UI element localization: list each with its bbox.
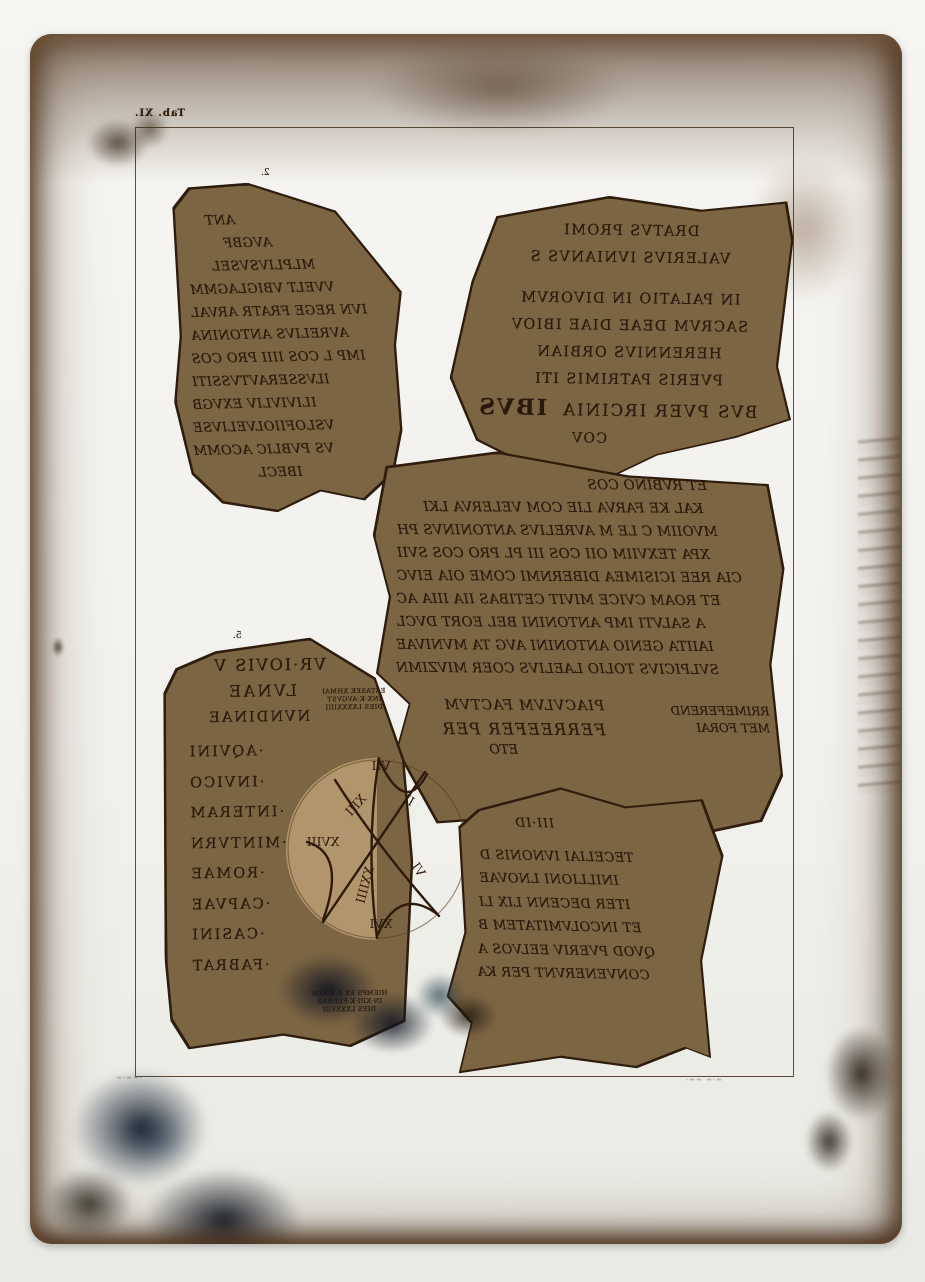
inscription-line: ANT <box>204 209 235 233</box>
season-note-winter: HIEMPS EX·X·K·NOVIN·XIII·K·FEBRARDIES LX… <box>299 988 399 1013</box>
inscription-large-word: IBVS <box>477 394 547 422</box>
inscription-fragment-central: ET RVBINO COSKAL KE FARVA LIE COM VELERV… <box>371 451 786 838</box>
ink-blot-blue <box>38 1064 358 1244</box>
inscription-line: KAL KE FARVA LIE COM VELERVA LKI <box>423 496 703 521</box>
town-name: ·INVICO <box>188 767 265 799</box>
inscription-line: XPA TEXVIIM OII COS III PL PRO COS SVII <box>397 542 710 567</box>
fragment-text: ET RVBINO COSKAL KE FARVA LIE COM VELERV… <box>371 451 786 838</box>
inscription-line: CONVENERVNT PER KA <box>477 961 650 988</box>
ink-blot <box>790 1014 902 1184</box>
inscription-line: ILVSSERAVTVSSITI <box>191 368 329 394</box>
inscription-line: HERENNIVS ORBIAN <box>536 339 722 369</box>
season-note-line: DIES LXXXVIII <box>322 1005 376 1014</box>
town-name: ·MINTVRN <box>189 828 287 860</box>
inscription-line: ET RVBINO COS <box>587 474 707 498</box>
inscription-line: SVLPICIVS TOLIO LAELIVS COER MIVZIMN <box>396 657 719 682</box>
town-name: ·AQVINI <box>188 736 264 768</box>
engraver-signature-right: ·~~ ~·~ <box>686 1076 723 1084</box>
inscription-line: MVOIIM C LE M AVRELIVS ANTONINVS PH <box>397 519 718 544</box>
inscription-line: IN PALATIO IN DIVORVM <box>519 285 740 315</box>
inscription-line: ILIVIVLIV EXVGB <box>192 391 317 417</box>
inscription-line: MET FORAI <box>696 720 770 738</box>
inscription-fragment-bottom-right: III·ID TECELIAI IVNONIS DINILLIONI LNOVA… <box>445 779 725 1079</box>
inscription-header: LVNAE <box>227 678 297 705</box>
season-note-line: DIES LXXXXIIII <box>325 703 383 712</box>
town-name: ·CAPVAE <box>190 889 271 921</box>
ink-stain <box>50 634 66 660</box>
inscription-line: INILLIONI LNOVAE <box>479 867 619 893</box>
inscription-line: VS PVBLIC ACOMM <box>193 437 334 463</box>
inscription-line: MLPLIVSVSEL <box>211 253 315 278</box>
inscription-fragment-nundinae-list: VR·IOVIS V LVNAE NVNDINAE ·AQVINI·INVICO… <box>160 636 416 1049</box>
fragment-text-center-block: PIACVLVM FACTVM FERREEFER PER ETO <box>441 697 606 758</box>
fragment-text-right-block: RRIMEFEREND MET FORAI <box>670 703 769 738</box>
scratch-marks <box>858 434 900 794</box>
inscription-line: AVGBF <box>223 231 273 255</box>
inscription-partial-line: COV <box>571 425 608 453</box>
inscription-line: PIACVLVM FACTVM <box>443 697 604 714</box>
inscription-line: DRATVS PROMI <box>562 217 699 246</box>
inscription-header: NVNDINAE <box>207 704 310 731</box>
inscription-line: TECELIAI IVNONIS D <box>479 843 633 870</box>
town-name: ·ROMAE <box>189 858 265 890</box>
inscription-line: AVRELIVS ANTONINA <box>191 322 349 348</box>
fragment-text: ANTAVGBFMLPLIVSVSELVVELT VBIGLAGMMIVN RE… <box>170 180 407 515</box>
inscription-line: VSLOFIIOLVELIVSE <box>192 414 334 440</box>
inscription-line: IBECL <box>257 461 302 485</box>
plate-photograph: Tab. XI. 2. 3. 4. 5. ANTAVGBFMLPLIVSVSEL… <box>0 0 925 1282</box>
inscription-header: VR·IOVIS V <box>212 651 326 679</box>
inscription-header: III·ID <box>514 810 554 834</box>
inscription-large-line: IBVS BVS PVER IRCINIA <box>477 394 781 426</box>
inscription-line: VVELT VBIGLAGMM <box>190 276 335 302</box>
inscription-large-word: BVS PVER IRCINIA <box>561 396 758 426</box>
town-name: ·CASINI <box>190 919 265 951</box>
inscription-line: SACRVM DEAE DIAE IBIOV <box>510 311 748 341</box>
fragment-text: III·ID TECELIAI IVNONIS DINILLIONI LNOVA… <box>445 779 725 1079</box>
inscription-line: ET ROAM CVICE MIVIT CETIBAS IIA IIIA AC <box>396 588 720 613</box>
copper-plate: Tab. XI. 2. 3. 4. 5. ANTAVGBFMLPLIVSVSEL… <box>30 34 902 1244</box>
inscription-line: ET INCOLVMITATEM B <box>478 914 642 941</box>
inscription-line: IAIITA GENIO ANTONINI AVG TA MVNIVAE <box>396 634 714 659</box>
plate-number-label: Tab. XI. <box>134 108 185 119</box>
engraver-signature-left: ~·~~· <box>116 1074 143 1082</box>
inscription-line: IMP L COS IIII PRO COS <box>191 344 365 371</box>
inscription-line: VALERIVS IVNIANVS S <box>530 244 732 274</box>
inscription-line: CIA REE ICISIMEA DIBERNMI COME OIA EIVC <box>396 565 741 590</box>
town-name: ·INTERAM <box>188 797 284 829</box>
inscription-fragment-top-left: ANTAVGBFMLPLIVSVSELVVELT VBIGLAGMMIVN RE… <box>170 180 407 515</box>
inscription-line: ITER DECENN LIX LI <box>478 890 630 917</box>
inscription-line: ETO <box>489 742 518 757</box>
inscription-line: PVERIS PATRIMIS ITI <box>534 366 724 396</box>
inscription-line: RRIMEFEREND <box>671 703 770 721</box>
town-name: ·FABRAT <box>190 950 269 982</box>
fragment-number: 2. <box>261 168 270 178</box>
season-note-summer: ESTASEK XHMAIINX·K·AVGVSTDIES LXXXXIIII <box>311 686 397 711</box>
inscription-line: A SALVTI IMP ANTONINI BEL EORT DVCL <box>396 611 705 636</box>
inscription-line: FERREEFER PER <box>441 719 605 739</box>
